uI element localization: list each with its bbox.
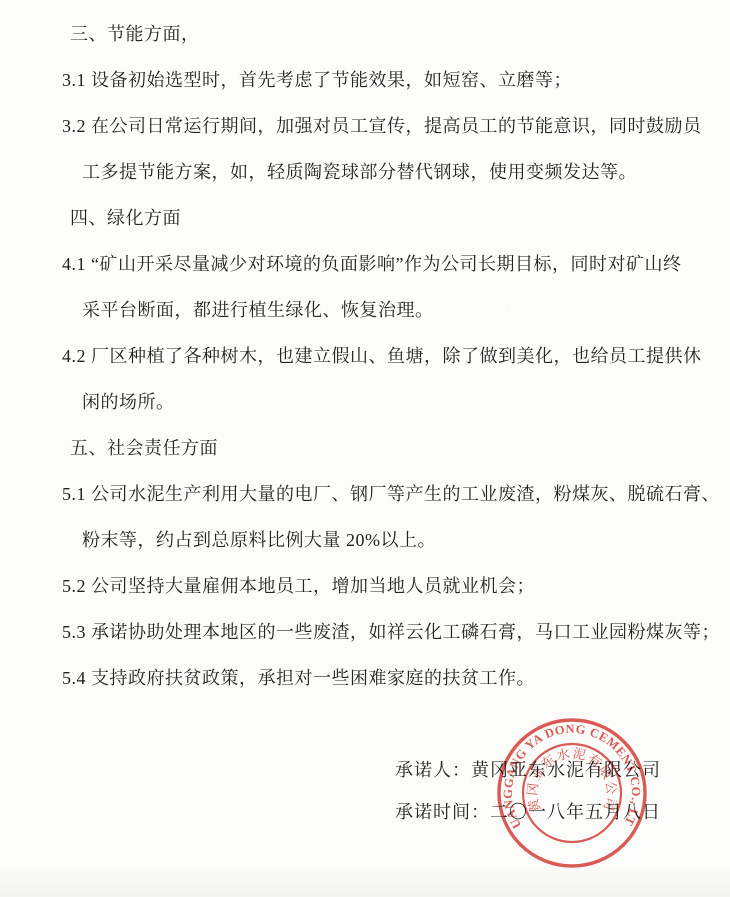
text-line: 粉末等，约占到总原料比例大量 20%以上。 [0, 516, 730, 562]
section-heading: 四、绿化方面 [0, 194, 730, 240]
text-line: 3.1 设备初始选型时，首先考虑了节能效果，如短窑、立磨等； [0, 56, 730, 102]
text-line: 工多提节能方案，如，轻质陶瓷球部分替代钢球，使用变频发达等。 [0, 148, 730, 194]
section-heading: 三、节能方面， [0, 10, 730, 56]
text-line: 闲的场所。 [0, 378, 730, 424]
text-line: 5.3 承诺协助处理本地区的一些废渣，如祥云化工磷石膏，马口工业园粉煤灰等； [0, 608, 730, 654]
signature-committer-line: 承诺人：黄冈亚东水泥有限公司 [0, 748, 730, 790]
text-line: 采平台断面，都进行植生绿化、恢复治理。 [0, 286, 730, 332]
text-line: 3.2 在公司日常运行期间，加强对员工宣传，提高员工的节能意识，同时鼓励员 [0, 102, 730, 148]
text-line: 5.4 支持政府扶贫政策，承担对一些困难家庭的扶贫工作。 [0, 654, 730, 700]
signature-date-line: 承诺时间：二〇一八年五月八日 [0, 790, 730, 832]
document-page: 三、节能方面， 3.1 设备初始选型时，首先考虑了节能效果，如短窑、立磨等； 3… [0, 0, 730, 897]
text-line: 4.1 “矿山开采尽量减少对环境的负面影响”作为公司长期目标，同时对矿山终 [0, 240, 730, 286]
text-line: 4.2 厂区种植了各种树木，也建立假山、鱼塘，除了做到美化，也给员工提供休 [0, 332, 730, 378]
spacer [0, 700, 730, 748]
section-heading: 五、社会责任方面 [0, 424, 730, 470]
text-line: 5.1 公司水泥生产利用大量的电厂、钢厂等产生的工业废渣，粉煤灰、脱硫石膏、 [0, 470, 730, 516]
text-line: 5.2 公司坚持大量雇佣本地员工，增加当地人员就业机会； [0, 562, 730, 608]
document-body: 三、节能方面， 3.1 设备初始选型时，首先考虑了节能效果，如短窑、立磨等； 3… [0, 10, 730, 832]
